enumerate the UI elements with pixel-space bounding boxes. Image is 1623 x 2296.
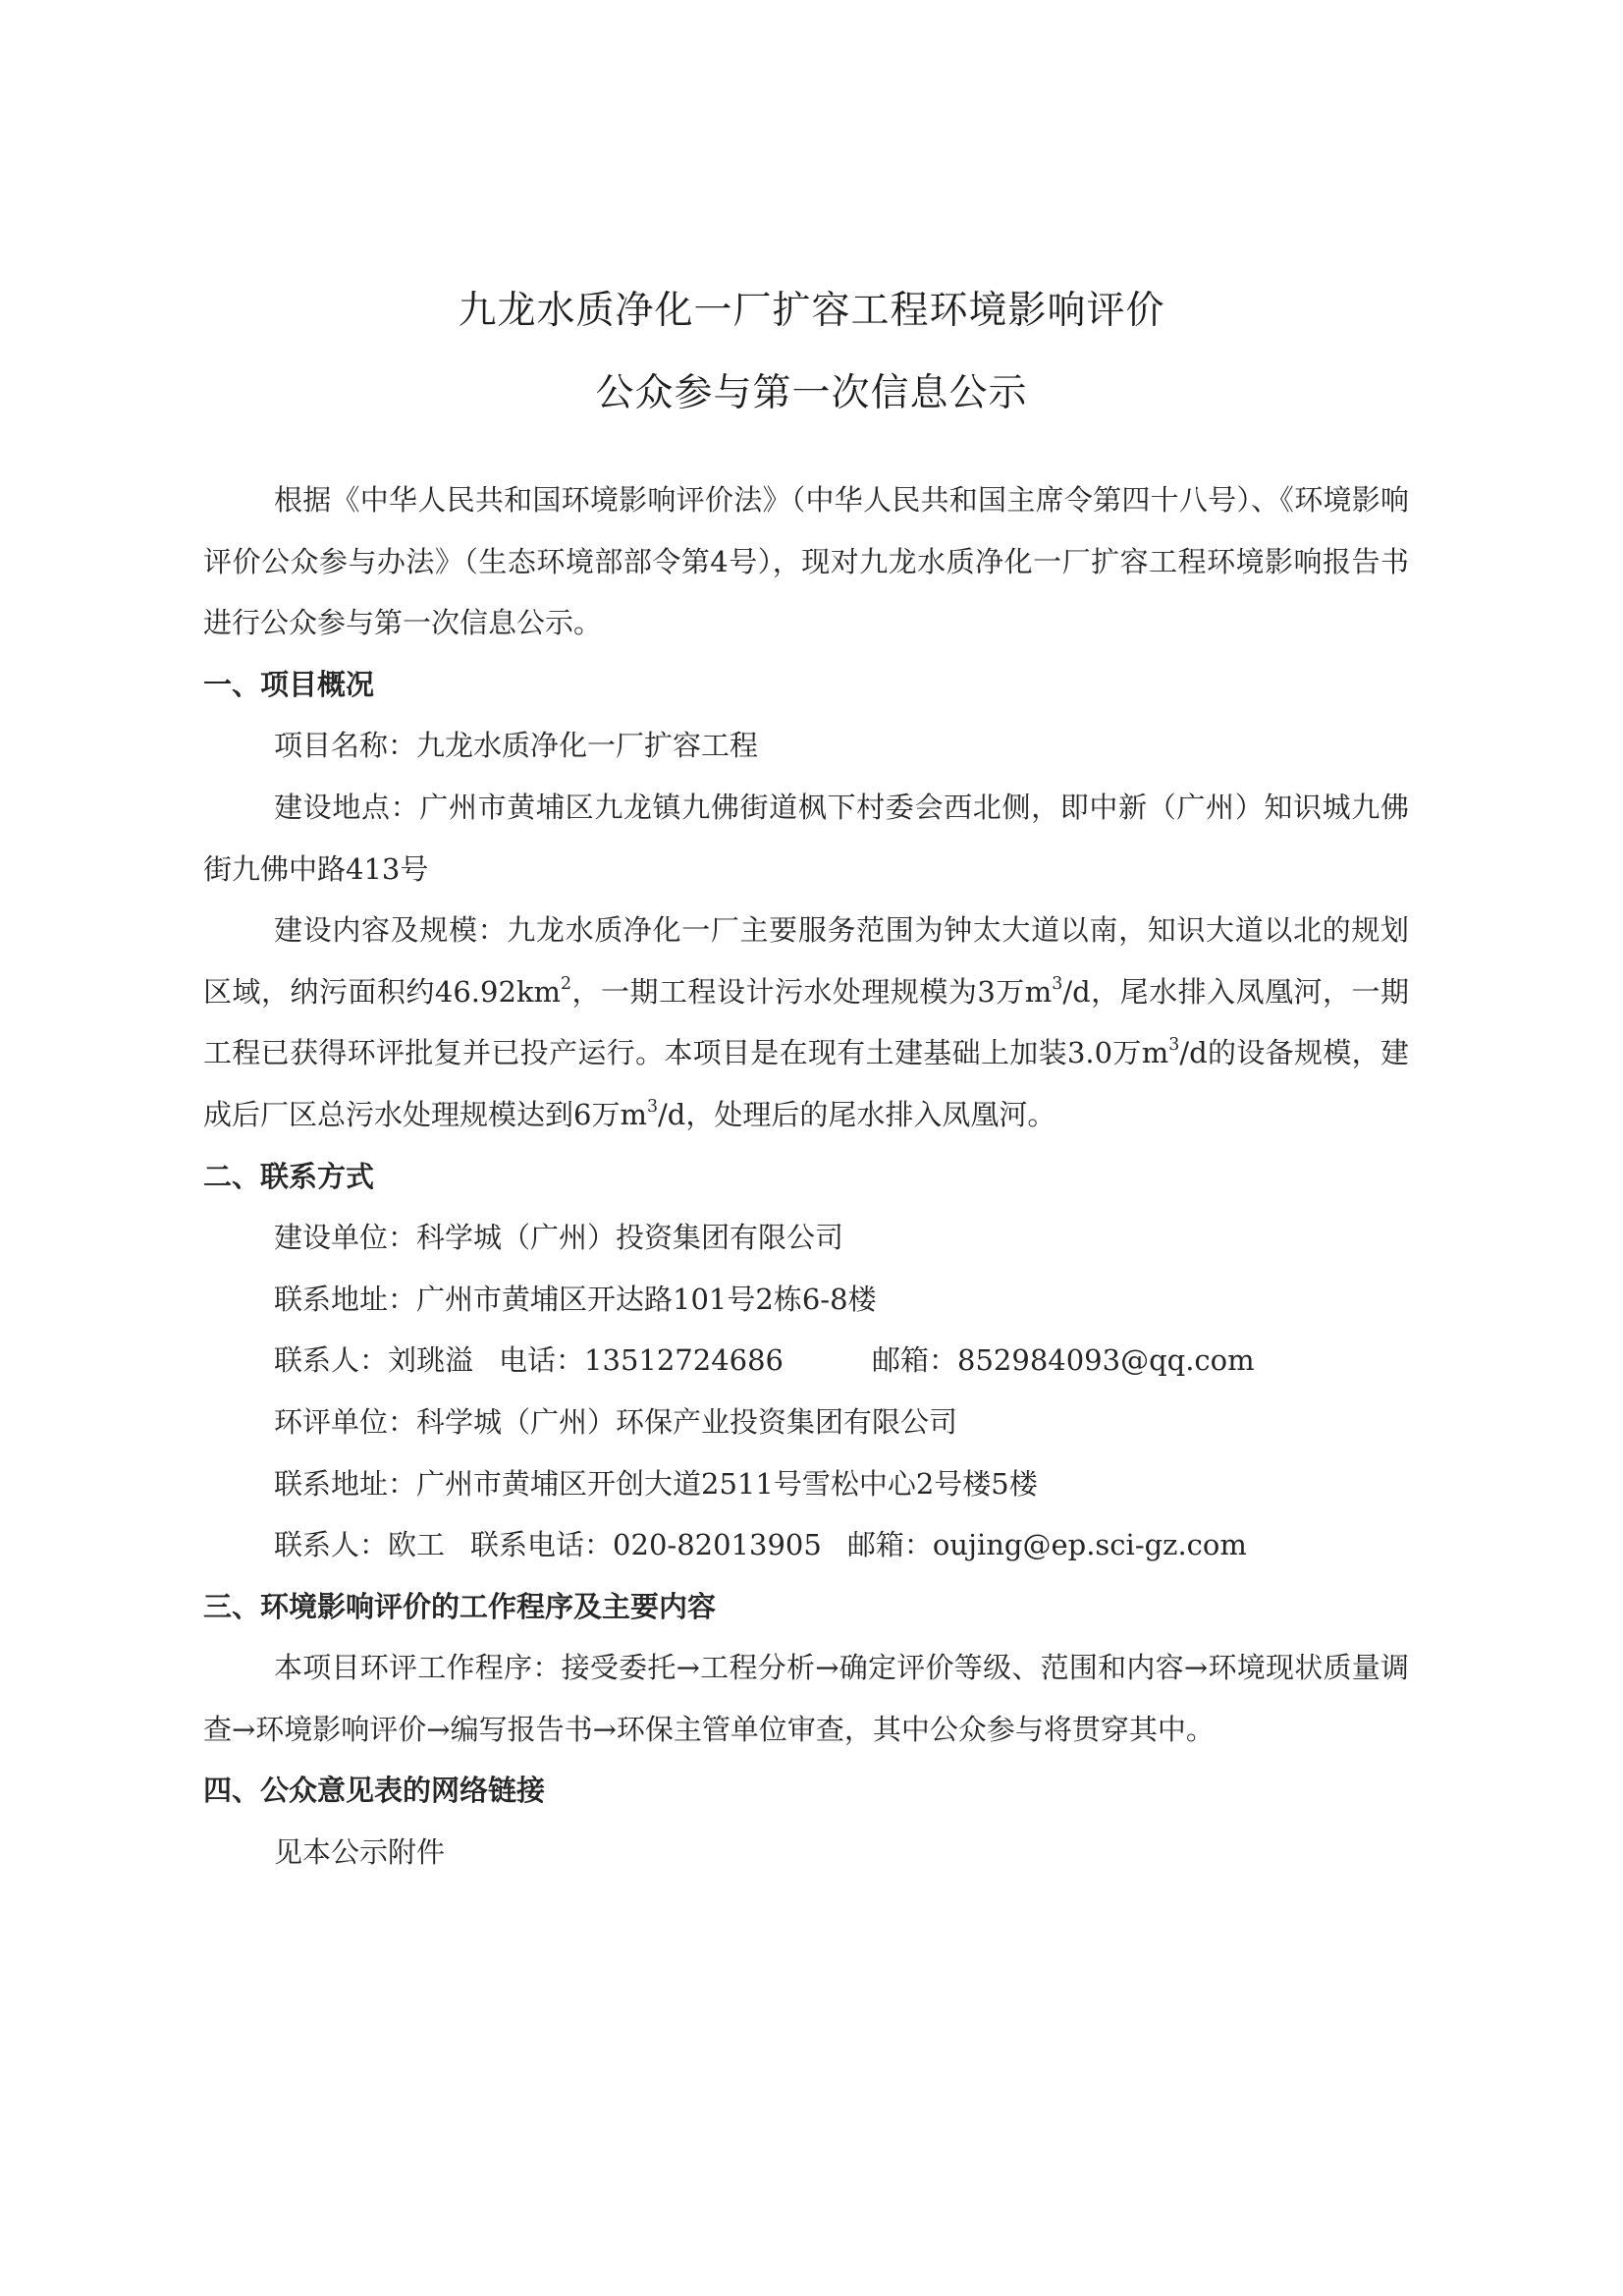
- superscript: 3: [1168, 1035, 1179, 1055]
- eia-address-label: 联系地址：: [274, 1467, 416, 1501]
- eia-address-value: 广州市黄埔区开创大道2511号雪松中心2号楼5楼: [416, 1467, 1038, 1501]
- builder-value: 科学城（广州）投资集团有限公司: [416, 1221, 843, 1254]
- section-heading-procedure: 三、环境影响评价的工作程序及主要内容: [203, 1576, 1409, 1638]
- builder-email-label: 邮箱：: [872, 1343, 957, 1377]
- builder-contact-label: 联系人：: [274, 1343, 388, 1377]
- builder-contact-row: 联系人：刘珧溢电话：13512724686邮箱：852984093@qq.com: [203, 1330, 1409, 1392]
- eia-unit-value: 科学城（广州）环保产业投资集团有限公司: [416, 1405, 957, 1439]
- builder-address-label: 联系地址：: [274, 1283, 416, 1316]
- superscript: 2: [561, 974, 571, 994]
- scope-text: /d，处理后的尾水排入凤凰河。: [658, 1098, 1055, 1131]
- superscript: 3: [1052, 974, 1062, 994]
- builder-contact-value: 刘珧溢: [388, 1343, 473, 1377]
- eia-contact-value: 欧工: [388, 1528, 445, 1561]
- eia-email-link[interactable]: oujing@ep.sci-gz.com: [933, 1528, 1247, 1561]
- document-body: 根据《中华人民共和国环境影响评价法》（中华人民共和国主席令第四十八号）、《环境影…: [203, 469, 1409, 1884]
- builder-row: 建设单位：科学城（广州）投资集团有限公司: [203, 1207, 1409, 1269]
- scope-paragraph: 建设内容及规模：九龙水质净化一厂主要服务范围为钟太大道以南，知识大道以北的规划区…: [203, 900, 1409, 1145]
- scope-text: ，一期工程设计污水处理规模为3万m: [571, 975, 1052, 1009]
- eia-phone-label: 联系电话：: [470, 1528, 613, 1561]
- intro-paragraph: 根据《中华人民共和国环境影响评价法》（中华人民共和国主席令第四十八号）、《环境影…: [203, 469, 1409, 654]
- builder-address-row: 联系地址：广州市黄埔区开达路101号2栋6-8楼: [203, 1269, 1409, 1331]
- builder-label: 建设单位：: [274, 1221, 416, 1254]
- eia-unit-row: 环评单位：科学城（广州）环保产业投资集团有限公司: [203, 1392, 1409, 1453]
- project-name-row: 项目名称：九龙水质净化一厂扩容工程: [203, 715, 1409, 777]
- eia-phone-value: 020-82013905: [613, 1528, 822, 1561]
- attachment-reference[interactable]: 见本公示附件: [203, 1822, 1409, 1884]
- eia-unit-label: 环评单位：: [274, 1405, 416, 1439]
- scope-label: 建设内容及规模：: [274, 913, 507, 947]
- document-title-line2: 公众参与第一次信息公示: [0, 369, 1623, 418]
- location-row: 建设地点：广州市黄埔区九龙镇九佛街道枫下村委会西北侧，即中新（广州）知识城九佛街…: [203, 777, 1409, 900]
- procedure-paragraph: 本项目环评工作程序：接受委托→工程分析→确定评价等级、范围和内容→环境现状质量调…: [203, 1637, 1409, 1760]
- eia-address-row: 联系地址：广州市黄埔区开创大道2511号雪松中心2号楼5楼: [203, 1453, 1409, 1515]
- project-name-value: 九龙水质净化一厂扩容工程: [416, 729, 758, 762]
- section-heading-feedback-link: 四、公众意见表的网络链接: [203, 1760, 1409, 1822]
- section-heading-contact: 二、联系方式: [203, 1146, 1409, 1208]
- eia-contact-row: 联系人：欧工联系电话：020-82013905邮箱：oujing@ep.sci-…: [203, 1514, 1409, 1576]
- location-label: 建设地点：: [274, 791, 419, 824]
- document-title-line1: 九龙水质净化一厂扩容工程环境影响评价: [0, 287, 1623, 336]
- eia-contact-label: 联系人：: [274, 1528, 388, 1561]
- builder-address-value: 广州市黄埔区开达路101号2栋6-8楼: [416, 1283, 877, 1316]
- superscript: 3: [647, 1097, 658, 1117]
- builder-phone-value: 13512724686: [584, 1343, 784, 1377]
- builder-phone-label: 电话：: [499, 1343, 584, 1377]
- document-page: 九龙水质净化一厂扩容工程环境影响评价 公众参与第一次信息公示 根据《中华人民共和…: [0, 0, 1623, 2296]
- project-name-label: 项目名称：: [274, 729, 416, 762]
- builder-email-link[interactable]: 852984093@qq.com: [957, 1343, 1255, 1377]
- eia-email-label: 邮箱：: [847, 1528, 933, 1561]
- section-heading-project-overview: 一、项目概况: [203, 654, 1409, 716]
